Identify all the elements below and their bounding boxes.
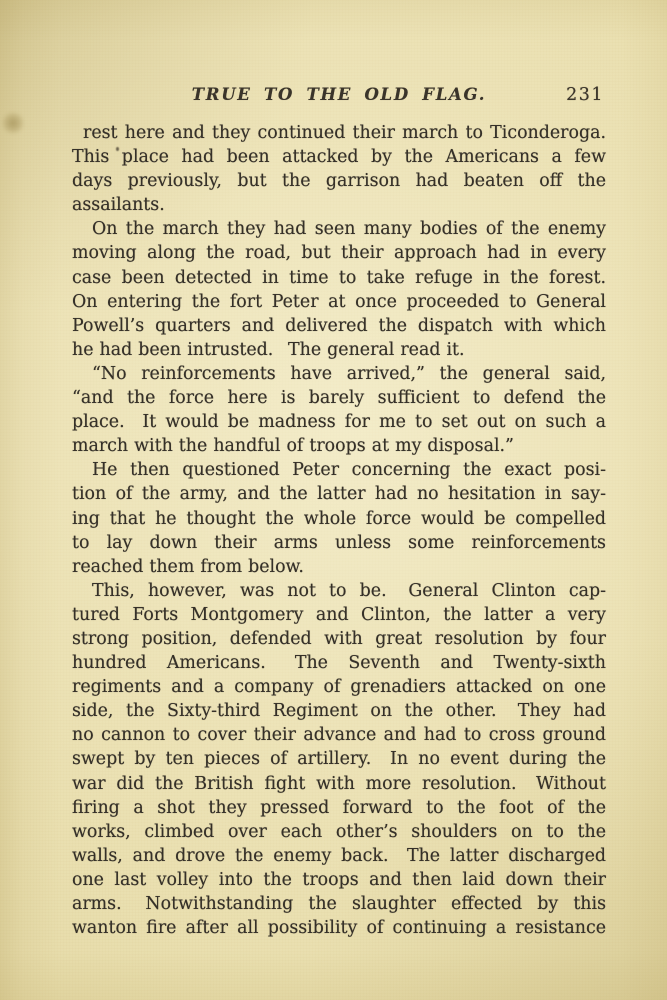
running-title: TRUE TO THE OLD FLAG. — [72, 85, 606, 104]
text-line: arms. Notwithstanding the slaughter effe… — [72, 892, 606, 916]
text-line: This place had been attacked by the Amer… — [72, 145, 606, 169]
text-line: moving along the road, but their approac… — [72, 241, 606, 265]
text-line: one last volley into the troops and then… — [72, 868, 606, 892]
text-line: “and the force here is barely sufficient… — [72, 386, 606, 410]
text-line: He then questioned Peter concerning the … — [72, 458, 606, 482]
text-line: wanton fire after all possibility of con… — [72, 916, 606, 940]
text-line: swept by ten pieces of artillery. In no … — [72, 747, 606, 771]
page-header: TRUE TO THE OLD FLAG. 231 — [72, 85, 606, 107]
text-line: case been detected in time to take refug… — [72, 266, 606, 290]
text-line: This, however, was not to be. General Cl… — [72, 579, 606, 603]
text-line: march with the handful of troops at my d… — [72, 434, 606, 458]
text-line: firing a shot they pressed forward to th… — [72, 796, 606, 820]
text-line: side, the Sixty-third Regiment on the ot… — [72, 699, 606, 723]
text-line: walls, and drove the enemy back. The lat… — [72, 844, 606, 868]
text-line: hundred Americans. The Seventh and Twent… — [72, 651, 606, 675]
text-line: ing that he thought the whole force woul… — [72, 507, 606, 531]
text-line: reached them from below. — [72, 555, 606, 579]
text-line: regiments and a company of grenadiers at… — [72, 675, 606, 699]
text-line: rest here and they continued their march… — [72, 121, 606, 145]
text-line: Powell’s quarters and delivered the disp… — [72, 314, 606, 338]
text-line: On the march they had seen many bodies o… — [72, 217, 606, 241]
text-line: assailants. — [72, 193, 606, 217]
text-line: no cannon to cover their advance and had… — [72, 723, 606, 747]
text-line: tured Forts Montgomery and Clinton, the … — [72, 603, 606, 627]
text-line: to lay down their arms unless some reinf… — [72, 531, 606, 555]
text-line: days previously, but the garrison had be… — [72, 169, 606, 193]
page-number: 231 — [566, 85, 604, 105]
text-line: war did the British fight with more reso… — [72, 772, 606, 796]
text-line: On entering the fort Peter at once proce… — [72, 290, 606, 314]
text-line: he had been intrusted. The general read … — [72, 338, 606, 362]
text-line: works, climbed over each other’s shoulde… — [72, 820, 606, 844]
text-line: “No reinforcements have arrived,” the ge… — [72, 362, 606, 386]
paper-smudge — [1, 112, 25, 134]
page-body: rest here and they continued their march… — [72, 121, 606, 940]
text-line: strong position, defended with great res… — [72, 627, 606, 651]
text-line: place. It would be madness for me to set… — [72, 410, 606, 434]
text-line: tion of the army, and the latter had no … — [72, 482, 606, 506]
